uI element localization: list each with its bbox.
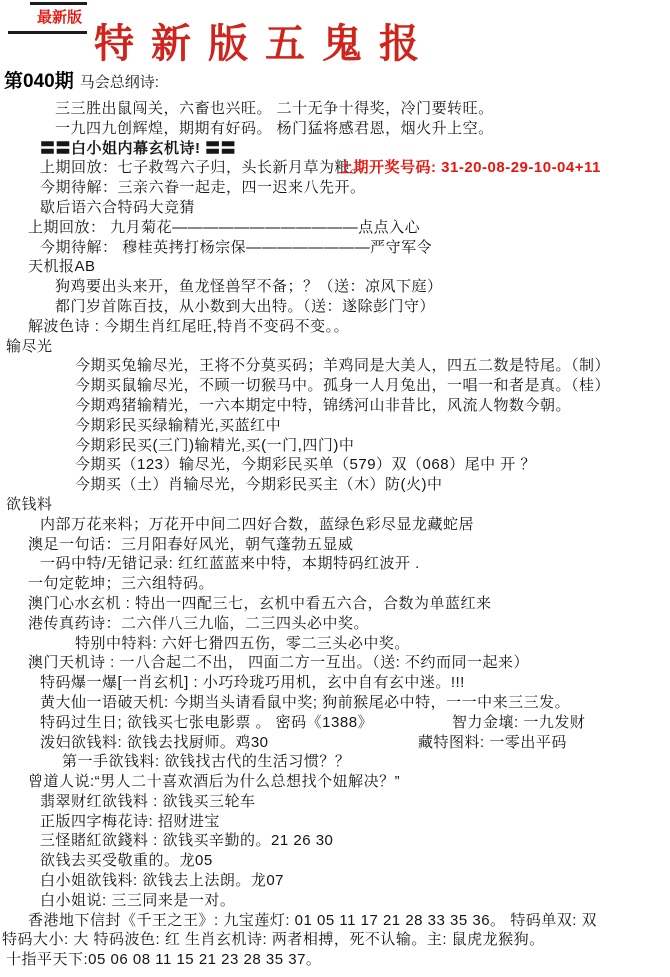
text-segment: 香港地下信封《千王之王》: 九宝莲灯: 01 05 11 17 21 28 33…	[28, 912, 597, 929]
text-line: 特码大小: 大 特码波色: 红 生肖玄机诗: 两者相搏，死不认输。主: 鼠虎龙猴…	[0, 930, 670, 950]
text-line: 今期买（123）输尽光，今期彩民买单（579）双（068）尾中 开 ？	[0, 455, 670, 475]
text-segment: 泼妇欲钱料: 欲钱去找厨师。鸡30	[40, 734, 269, 751]
text-line: 澳门心水玄机 : 特出一四配三七，玄机中看五六合，合数为单蓝红来	[0, 594, 670, 614]
text-line: 香港地下信封《千王之王》: 九宝莲灯: 01 05 11 17 21 28 33…	[0, 911, 670, 931]
masthead: 最新版 特新版五鬼报 第040期马会总纲诗:	[0, 0, 670, 99]
edition-badge: 最新版	[37, 6, 82, 27]
text-line: 翡翠财红欲钱料 : 欲钱买三轮车	[0, 792, 670, 812]
text-segment: 今期买鼠输尽光，不顾一切猴马中。孤身一人月兔出，一唱一和者是真。（桂）	[75, 377, 610, 394]
text-segment: 今期待解： 穆桂英拷打杨宗保————————严守军令	[40, 239, 432, 256]
text-line: 都门岁首陈百技，从小数到大出特。（送：遂除彭门守）	[0, 297, 670, 317]
badge-rule-bottom	[8, 31, 87, 34]
text-line: 〓〓白小姐内幕玄机诗! 〓〓	[0, 139, 670, 159]
text-segment: 澳门天机诗 : 一八合起二不出， 四面二方一互出。（送: 不约而同一起来）	[28, 654, 529, 671]
text-line: 正版四字梅花诗: 招财进宝	[0, 812, 670, 832]
text-line: 第一手欲钱料: 欲钱找古代的生活习惯？？	[0, 752, 670, 772]
text-segment: 白小姐欲钱料: 欲钱去上法朗。龙07	[40, 872, 284, 889]
text-line: 歇后语六合特码大竞猜	[0, 198, 670, 218]
text-line: 特码过生日; 欲钱买七张电影票 。 密码《1388》智力金壤: 一九发财	[0, 713, 670, 733]
text-segment: 今期买（123）输尽光，今期彩民买单（579）双（068）尾中 开 ？	[75, 456, 536, 473]
text-line: 输尽光	[0, 337, 670, 357]
text-segment: 歇后语六合特码大竞猜	[40, 199, 195, 216]
text-line: 白小姐说: 三三同来是一对。	[0, 891, 670, 911]
text-line: 澳足一句话：三月阳春好风光，朝气蓬勃五显威	[0, 535, 670, 555]
text-line: 三怪賭紅欲錢料 : 欲钱买辛勤的。21 26 30	[0, 831, 670, 851]
text-line: 欲钱去买受敬重的。龙05	[0, 851, 670, 871]
text-segment: 翡翠财红欲钱料 : 欲钱买三轮车	[40, 793, 256, 810]
text-segment: 特别中特料: 六奸七猾四五伤，零二三头必中奖。	[75, 635, 410, 652]
text-segment: 欲钱去买受敬重的。龙05	[40, 852, 213, 869]
text-line: 内部万花来料；万花开中间二四好合数，蓝绿色彩尽显龙藏蛇居	[0, 515, 670, 535]
text-segment: 三怪賭紅欲錢料 : 欲钱买辛勤的。21 26 30	[40, 832, 333, 849]
section-header-yuqianliao: 欲钱料	[6, 496, 53, 513]
text-segment: 特码过生日; 欲钱买七张电影票 。 密码《1388》	[40, 714, 373, 731]
text-line: 曾道人说:“男人二十喜欢酒后为什么总想找个妞解决？”	[0, 772, 670, 792]
text-line: 白小姐欲钱料: 欲钱去上法朗。龙07	[0, 871, 670, 891]
text-line: 今期待解： 穆桂英拷打杨宗保————————严守军令	[0, 238, 670, 258]
text-segment: 港传真药诗：二六伴八三九临，二三四头必中奖。	[28, 615, 369, 632]
text-segment: 今期彩民买绿输精光,买蓝红中	[75, 417, 281, 434]
text-segment: 一码中特/无错记录: 红红蓝蓝来中特，本期特码红波开 .	[40, 555, 420, 572]
text-segment: 上期回放：七子救驾六子归，头长新月草为粮。	[40, 159, 366, 176]
issue-number: 第040期	[4, 71, 74, 92]
text-line: 今期买（土）肖输尽光，今期彩民买主（木）防(火)中	[0, 475, 670, 495]
text-segment: 特码爆一爆[一肖玄机] : 小巧玲珑巧用机，玄中自有玄中迷。!!!	[40, 674, 465, 691]
text-line: 一九四九创辉煌，期期有好码。 杨门猛将感君恩，烟火升上空。	[0, 119, 670, 139]
text-segment: 今期买（土）肖输尽光，今期彩民买主（木）防(火)中	[75, 476, 443, 493]
text-line: 一句定乾坤；三六组特码。	[0, 574, 670, 594]
text-segment: 〓〓白小姐内幕玄机诗! 〓〓	[40, 140, 236, 157]
issue-row: 第040期马会总纲诗:	[4, 66, 159, 93]
content-lines: 三三胜出鼠闯关，六畜也兴旺。 二十无争十得奖，冷门要转旺。一九四九创辉煌，期期有…	[0, 99, 670, 970]
text-line: 特码爆一爆[一肖玄机] : 小巧玲珑巧用机，玄中自有玄中迷。!!!	[0, 673, 670, 693]
section-header-shujinguang: 输尽光	[6, 338, 53, 355]
text-segment: 黄大仙一语破天机: 今期当头请看鼠中奖; 狗前猴尾必中特，一一中来三三发。	[40, 694, 570, 711]
text-segment: 都门岁首陈百技，从小数到大出特。（送：遂除彭门守）	[55, 298, 435, 315]
text-segment: 今期鸡猪输精光，一六本期定中特，锦绣河山非昔比，风流人物数今朝。	[75, 397, 571, 414]
text-segment: 今期买兔输尽光，王将不分莫买码；羊鸡同是大美人，四五二数是特尾。（制）	[75, 357, 610, 374]
badge-rule-top	[30, 2, 87, 5]
text-line: 泼妇欲钱料: 欲钱去找厨师。鸡30藏特图料: 一零出平码	[0, 733, 670, 753]
text-line: 澳门天机诗 : 一八合起二不出， 四面二方一互出。（送: 不约而同一起来）	[0, 653, 670, 673]
text-segment: 正版四字梅花诗: 招财进宝	[40, 813, 220, 830]
text-line: 今期彩民买绿输精光,买蓝红中	[0, 416, 670, 436]
last-draw-numbers: 上期开奖号码: 31-20-08-29-10-04+11	[338, 158, 601, 178]
text-segment: 今期待解：三亲六眷一起走，四一迟来八先开。	[40, 179, 366, 196]
text-line: 一码中特/无错记录: 红红蓝蓝来中特，本期特码红波开 .	[0, 554, 670, 574]
page-title: 特新版五鬼报	[94, 12, 436, 69]
text-line: 上期回放： 九月菊花————————————点点入心	[0, 218, 670, 238]
text-segment: 上期回放： 九月菊花————————————点点入心	[28, 219, 420, 236]
text-line: 三三胜出鼠闯关，六畜也兴旺。 二十无争十得奖，冷门要转旺。	[0, 99, 670, 119]
text-segment: 藏特图料: 一零出平码	[418, 733, 567, 753]
text-line: 今期鸡猪输精光，一六本期定中特，锦绣河山非昔比，风流人物数今朝。	[0, 396, 670, 416]
text-segment: 狗鸡要出头来开，鱼龙怪兽罕不备；？（送：凉风下庭）	[55, 278, 443, 295]
text-segment: 第一手欲钱料: 欲钱找古代的生活习惯？？	[62, 753, 350, 770]
text-line: 狗鸡要出头来开，鱼龙怪兽罕不备；？（送：凉风下庭）	[0, 277, 670, 297]
text-line: 今期买兔输尽光，王将不分莫买码；羊鸡同是大美人，四五二数是特尾。（制）	[0, 356, 670, 376]
text-line: 十指平天下:05 06 08 11 15 21 23 28 35 37。	[0, 950, 670, 970]
text-segment: 今期彩民买(三门)输精光,买(一门,四门)中	[75, 437, 354, 454]
text-segment: 解波色诗 : 今期生肖红尾旺,特肖不变码不变。。	[28, 318, 349, 335]
text-line: 上期回放：七子救驾六子归，头长新月草为粮。上期开奖号码: 31-20-08-29…	[0, 158, 670, 178]
text-segment: 天机报AB	[28, 258, 96, 275]
text-segment: 白小姐说: 三三同来是一对。	[40, 892, 235, 909]
text-segment: 澳足一句话：三月阳春好风光，朝气蓬勃五显威	[28, 536, 354, 553]
text-line: 特别中特料: 六奸七猾四五伤，零二三头必中奖。	[0, 634, 670, 654]
text-segment: 智力金壤: 一九发财	[452, 713, 585, 733]
text-segment: 一九四九创辉煌，期期有好码。 杨门猛将感君恩，烟火升上空。	[55, 120, 494, 137]
text-line: 今期待解：三亲六眷一起走，四一迟来八先开。	[0, 178, 670, 198]
text-line: 港传真药诗：二六伴八三九临，二三四头必中奖。	[0, 614, 670, 634]
newspaper-page: 最新版 特新版五鬼报 第040期马会总纲诗: 三三胜出鼠闯关，六畜也兴旺。 二十…	[0, 0, 670, 977]
text-segment: 曾道人说:“男人二十喜欢酒后为什么总想找个妞解决？”	[28, 773, 400, 790]
text-segment: 内部万花来料；万花开中间二四好合数，蓝绿色彩尽显龙藏蛇居	[40, 516, 474, 533]
text-line: 今期买鼠输尽光，不顾一切猴马中。孤身一人月兔出，一唱一和者是真。（桂）	[0, 376, 670, 396]
intro-label: 马会总纲诗:	[80, 74, 159, 91]
text-line: 欲钱料	[0, 495, 670, 515]
text-segment: 特码大小: 大 特码波色: 红 生肖玄机诗: 两者相搏，死不认输。主: 鼠虎龙猴…	[2, 931, 545, 948]
text-segment: 澳门心水玄机 : 特出一四配三七，玄机中看五六合，合数为单蓝红来	[28, 595, 492, 612]
text-line: 今期彩民买(三门)输精光,买(一门,四门)中	[0, 436, 670, 456]
text-segment: 一句定乾坤；三六组特码。	[28, 575, 214, 592]
text-segment: 三三胜出鼠闯关，六畜也兴旺。 二十无争十得奖，冷门要转旺。	[55, 100, 494, 117]
text-line: 解波色诗 : 今期生肖红尾旺,特肖不变码不变。。	[0, 317, 670, 337]
text-line: 天机报AB	[0, 257, 670, 277]
text-segment: 十指平天下:05 06 08 11 15 21 23 28 35 37。	[6, 951, 321, 968]
text-line: 黄大仙一语破天机: 今期当头请看鼠中奖; 狗前猴尾必中特，一一中来三三发。	[0, 693, 670, 713]
